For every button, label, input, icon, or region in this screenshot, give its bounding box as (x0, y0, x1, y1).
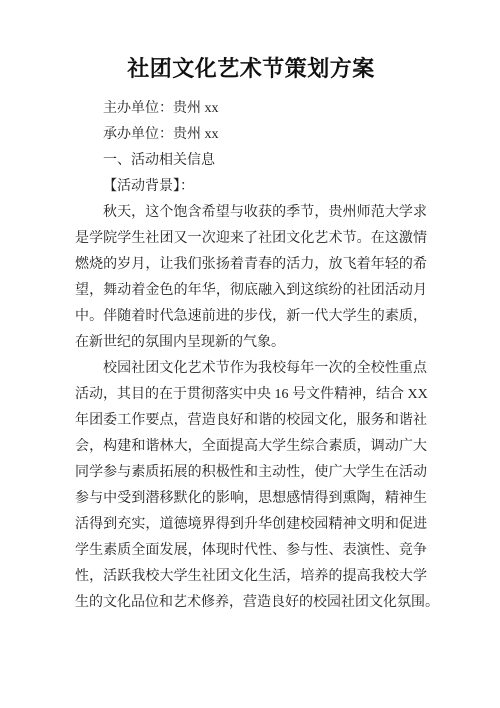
meta-line: 一、活动相关信息 (75, 148, 427, 174)
meta-line: 主办单位：贵州 xx (75, 96, 427, 122)
document-page: 社团文化艺术节策划方案 主办单位：贵州 xx承办单位：贵州 xx一、活动相关信息… (0, 0, 500, 708)
paragraph-line: 同学参与素质拓展的积极性和主动性，使广大学生在活动 (75, 460, 427, 486)
paragraph-activity-background-2: 校园社团文化艺术节作为我校每年一次的全校性重点活动，其目的在于贯彻落实中央 16… (75, 356, 427, 616)
paragraph-line: 活得到充实，道德境界得到升华创建校园精神文明和促进 (75, 512, 427, 538)
paragraph-line: 年团委工作要点，营造良好和谐的校园文化，服务和谐社 (75, 408, 427, 434)
paragraph-line: 性，活跃我校大学生社团文化生活，培养的提高我校大学 (75, 564, 427, 590)
meta-line: 【活动背景】： (75, 174, 427, 200)
paragraph-line: 生的文化品位和艺术修养，营造良好的校园社团文化氛围。 (75, 590, 427, 616)
document-meta: 主办单位：贵州 xx承办单位：贵州 xx一、活动相关信息【活动背景】： (75, 96, 427, 200)
paragraph-line: 是学院学生社团又一次迎来了社团文化艺术节。在这激情 (75, 226, 427, 252)
paragraph-line: 望，舞动着金色的年华，彻底融入到这缤纷的社团活动月 (75, 278, 427, 304)
paragraph-line: 秋天，这个饱含希望与收获的季节，贵州师范大学求 (75, 200, 427, 226)
paragraph-line: 燃烧的岁月，让我们张扬着青春的活力，放飞着年轻的希 (75, 252, 427, 278)
paragraph-line: 参与中受到潜移默化的影响，思想感情得到熏陶，精神生 (75, 486, 427, 512)
meta-line: 承办单位：贵州 xx (75, 122, 427, 148)
document-content: 社团文化艺术节策划方案 主办单位：贵州 xx承办单位：贵州 xx一、活动相关信息… (0, 0, 500, 616)
paragraph-line: 学生素质全面发展，体现时代性、参与性、表演性、竞争 (75, 538, 427, 564)
paragraph-line: 校园社团文化艺术节作为我校每年一次的全校性重点 (75, 356, 427, 382)
paragraph-line: 中。伴随着时代急速前进的步伐，新一代大学生的素质， (75, 304, 427, 330)
paragraph-line: 会，构建和谐林大，全面提高大学生综合素质，调动广大 (75, 434, 427, 460)
paragraph-line: 在新世纪的氛围内呈现新的气象。 (75, 330, 427, 356)
paragraph-activity-background-1: 秋天，这个饱含希望与收获的季节，贵州师范大学求是学院学生社团又一次迎来了社团文化… (75, 200, 427, 356)
paragraph-line: 活动，其目的在于贯彻落实中央 16 号文件精神，结合 XX (75, 382, 427, 408)
document-title: 社团文化艺术节策划方案 (75, 52, 427, 86)
